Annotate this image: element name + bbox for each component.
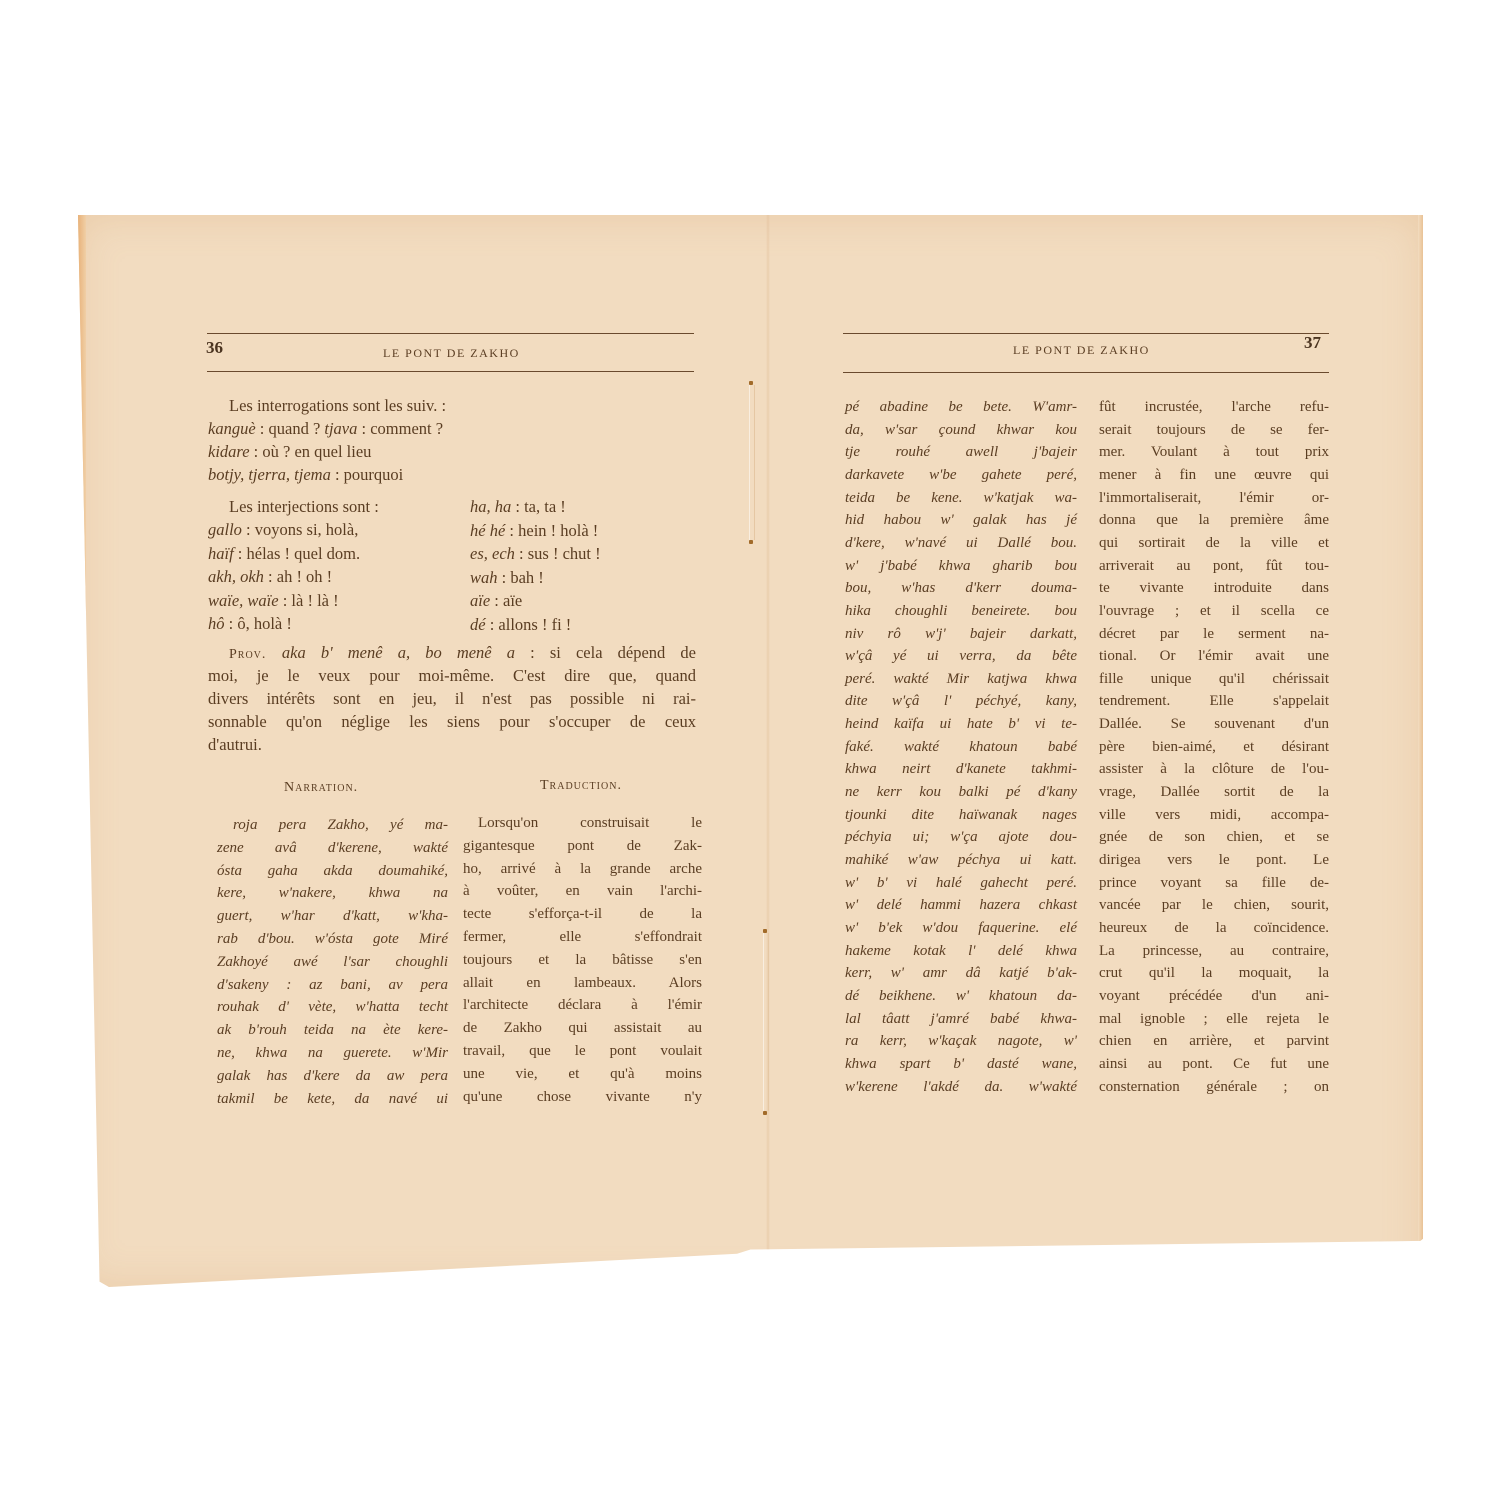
narration-line: khwa spart b' dasté wane, (845, 1053, 1077, 1076)
narration-line: da, w'sar çound khwar kou (845, 419, 1077, 442)
traduction-line: ville vers midi, accompa- (1099, 804, 1329, 827)
header-rule-bottom (843, 372, 1329, 373)
traduction-line: l'ouvrage ; et il scella ce (1099, 600, 1329, 623)
narration-line: mahiké w'aw péchya ui katt. (845, 849, 1077, 872)
narration-line: faké. wakté khatoun babé (845, 736, 1077, 759)
narration-line: hid habou w' galak has jé (845, 509, 1077, 532)
traduction-line: ainsi au pont. Ce fut une (1099, 1053, 1329, 1076)
traduction-line: consternation générale ; on (1099, 1076, 1329, 1099)
narration-line: w'çâ yé ui verra, da bête (845, 645, 1077, 668)
traduction-line: crut qu'il la moquait, la (1099, 962, 1329, 985)
narration-line: hakeme kotak l' delé khwa (845, 940, 1077, 963)
narration-line: khwa neirt d'kanete takhmi- (845, 758, 1077, 781)
narration-line: w' delé hammi hazera chkast (845, 894, 1077, 917)
narration-line: tjounki dite haïwanak nages (845, 804, 1077, 827)
narration-line: teida be kene. w'katjak wa- (845, 487, 1077, 510)
traduction-line: père bien-aimé, et désirant (1099, 736, 1329, 759)
narration-line: heind kaïfa ui hate b' vi te- (845, 713, 1077, 736)
open-book: 36 LE PONT DE ZAKHO Les interrogations s… (78, 215, 1423, 1287)
narration-line: ra kerr, w'kaçak nagote, w' (845, 1030, 1077, 1053)
traduction-line: qui sortirait de la ville et (1099, 532, 1329, 555)
narration-line: niv rô w'j' bajeir darkatt, (845, 623, 1077, 646)
traduction-line: décret par le serment na- (1099, 623, 1329, 646)
narration-line: w' b' vi halé gahecht peré. (845, 872, 1077, 895)
narration-line: hika choughli beneirete. bou (845, 600, 1077, 623)
narration-line: dite w'çâ l' péchyé, kany, (845, 690, 1077, 713)
header-rule-top (843, 333, 1329, 334)
traduction-line: voyant précédée d'un ani- (1099, 985, 1329, 1008)
traduction-line: assister à la clôture de l'ou- (1099, 758, 1329, 781)
right-page: LE PONT DE ZAKHO 37 pé abadine be bete. … (78, 215, 1423, 1287)
narration-line: d'kere, w'navé ui Dallé bou. (845, 532, 1077, 555)
traduction-line: tendrement. Elle s'appelait (1099, 690, 1329, 713)
traduction-line: vancée par le chien, sourit, (1099, 894, 1329, 917)
traduction-line: serait toujours de se fer- (1099, 419, 1329, 442)
traduction-line: vrage, Dallée sortit de la (1099, 781, 1329, 804)
narration-line: w' b'ek w'dou faquerine. elé (845, 917, 1077, 940)
traduction-line: mal ignoble ; elle rejeta le (1099, 1008, 1329, 1031)
traduction-line: gnée de son chien, et se (1099, 826, 1329, 849)
narration-line: tje rouhé awell j'bajeir (845, 441, 1077, 464)
traduction-line: La princesse, au contraire, (1099, 940, 1329, 963)
traduction-line: chien en arrière, et parvint (1099, 1030, 1329, 1053)
traduction-line: fût incrustée, l'arche refu- (1099, 396, 1329, 419)
running-head: LE PONT DE ZAKHO (1013, 343, 1150, 358)
narration-line: w' j'babé khwa gharib bou (845, 555, 1077, 578)
traduction-line: dirigea vers le pont. Le (1099, 849, 1329, 872)
page-number: 37 (1304, 333, 1321, 353)
traduction-line: fille unique qu'il chérissait (1099, 668, 1329, 691)
traduction-line: mener à fin une œuvre qui (1099, 464, 1329, 487)
narration-line: dé beikhene. w' khatoun da- (845, 985, 1077, 1008)
traduction-line: mer. Voulant à tout prix (1099, 441, 1329, 464)
narration-line: kerr, w' amr dâ katjé b'ak- (845, 962, 1077, 985)
narration-line: peré. wakté Mir katjwa khwa (845, 668, 1077, 691)
traduction-line: Dallée. Se souvenant d'un (1099, 713, 1329, 736)
traduction-line: donna que la première âme (1099, 509, 1329, 532)
traduction-line: prince voyant sa fille de- (1099, 872, 1329, 895)
traduction-line: l'immortaliserait, l'émir or- (1099, 487, 1329, 510)
narration-line: ne kerr kou balki pé d'kany (845, 781, 1077, 804)
narration-line: péchyia ui; w'ça ajote dou- (845, 826, 1077, 849)
traduction-line: tional. Or l'émir avait une (1099, 645, 1329, 668)
traduction-line: heureux de la coïncidence. (1099, 917, 1329, 940)
narration-line: bou, w'has d'kerr douma- (845, 577, 1077, 600)
narration-line: darkavete w'be gahete peré, (845, 464, 1077, 487)
narration-line: pé abadine be bete. W'amr- (845, 396, 1077, 419)
narration-line: w'kerene l'akdé da. w'wakté (845, 1076, 1077, 1099)
traduction-line: te vivante introduite dans (1099, 577, 1329, 600)
traduction-line: arriverait au pont, fût tou- (1099, 555, 1329, 578)
narration-line: lal tâatt j'amré babé khwa- (845, 1008, 1077, 1031)
